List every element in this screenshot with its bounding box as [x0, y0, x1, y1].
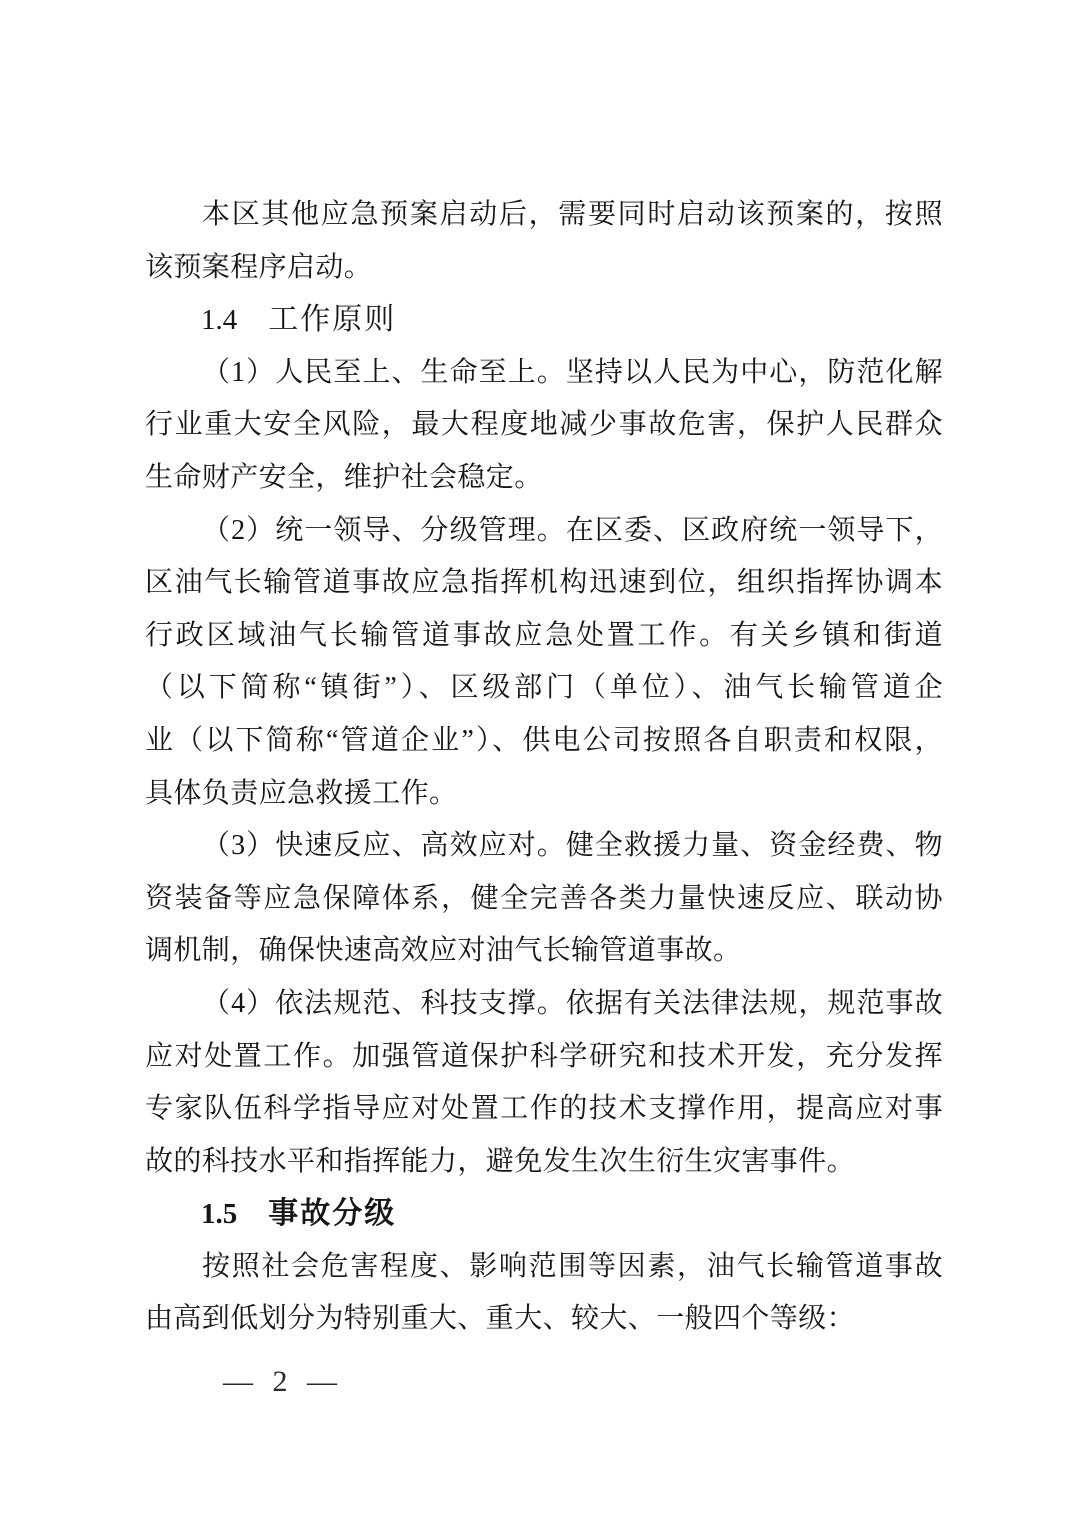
document-page: 本区其他应急预案启动后，需要同时启动该预案的，按照 该预案程序启动。 1.4工作… — [0, 0, 1076, 1520]
text-line: （以下简称“镇街”）、区级部门（单位）、油气长输管道企 — [145, 662, 943, 715]
text-line: 故的科技水平和指挥能力，避免发生次生衍生灾害事件。 — [145, 1136, 943, 1189]
heading-title: 工作原则 — [268, 303, 396, 336]
text-line: （2）统一领导、分级管理。在区委、区政府统一领导下， — [145, 505, 943, 558]
paragraph: （1）人民至上、生命至上。坚持以人民为中心，防范化解 行业重大安全风险，最大程度… — [145, 347, 943, 505]
paragraph: （2）统一领导、分级管理。在区委、区政府统一领导下， 区油气长输管道事故应急指挥… — [145, 505, 943, 821]
text-line: 资装备等应急保障体系，健全完善各类力量快速反应、联动协 — [145, 873, 943, 926]
text-line: 具体负责应急救援工作。 — [145, 768, 943, 821]
paragraph: （4）依法规范、科技支撑。依据有关法律法规，规范事故 应对处置工作。加强管道保护… — [145, 978, 943, 1188]
text-line: 行业重大安全风险，最大程度地减少事故危害，保护人民群众 — [145, 399, 943, 452]
paragraph: （3）快速反应、高效应对。健全救援力量、资金经费、物 资装备等应急保障体系，健全… — [145, 820, 943, 978]
text-line: 区油气长输管道事故应急指挥机构迅速到位，组织指挥协调本 — [145, 557, 943, 610]
document-body: 本区其他应急预案启动后，需要同时启动该预案的，按照 该预案程序启动。 1.4工作… — [145, 189, 943, 1346]
text-line: 专家队伍科学指导应对处置工作的技术支撑作用，提高应对事 — [145, 1083, 943, 1136]
paragraph: 按照社会危害程度、影响范围等因素，油气长输管道事故 由高到低划分为特别重大、重大… — [145, 1241, 943, 1346]
page-number: — 2 — — [223, 1356, 337, 1409]
text-line: 调机制，确保快速高效应对油气长输管道事故。 — [145, 925, 943, 978]
text-line: （4）依法规范、科技支撑。依据有关法律法规，规范事故 — [145, 978, 943, 1031]
heading-number: 1.4 — [201, 304, 237, 336]
text-line: 应对处置工作。加强管道保护科学研究和技术开发，充分发挥 — [145, 1031, 943, 1084]
section-heading-1-4: 1.4工作原则 — [145, 294, 943, 347]
section-heading-1-5: 1.5事故分级 — [145, 1188, 943, 1241]
text-line: 按照社会危害程度、影响范围等因素，油气长输管道事故 — [145, 1241, 943, 1294]
text-line: （1）人民至上、生命至上。坚持以人民为中心，防范化解 — [145, 347, 943, 400]
text-line: （3）快速反应、高效应对。健全救援力量、资金经费、物 — [145, 820, 943, 873]
text-line: 生命财产安全，维护社会稳定。 — [145, 452, 943, 505]
heading-number: 1.5 — [201, 1198, 237, 1230]
text-line: 由高到低划分为特别重大、重大、较大、一般四个等级： — [145, 1293, 943, 1346]
text-line: 该预案程序启动。 — [145, 242, 943, 295]
text-line: 本区其他应急预案启动后，需要同时启动该预案的，按照 — [145, 189, 943, 242]
heading-title: 事故分级 — [268, 1197, 396, 1230]
text-line: 业（以下简称“管道企业”）、供电公司按照各自职责和权限， — [145, 715, 943, 768]
paragraph: 本区其他应急预案启动后，需要同时启动该预案的，按照 该预案程序启动。 — [145, 189, 943, 294]
text-line: 行政区域油气长输管道事故应急处置工作。有关乡镇和街道 — [145, 610, 943, 663]
